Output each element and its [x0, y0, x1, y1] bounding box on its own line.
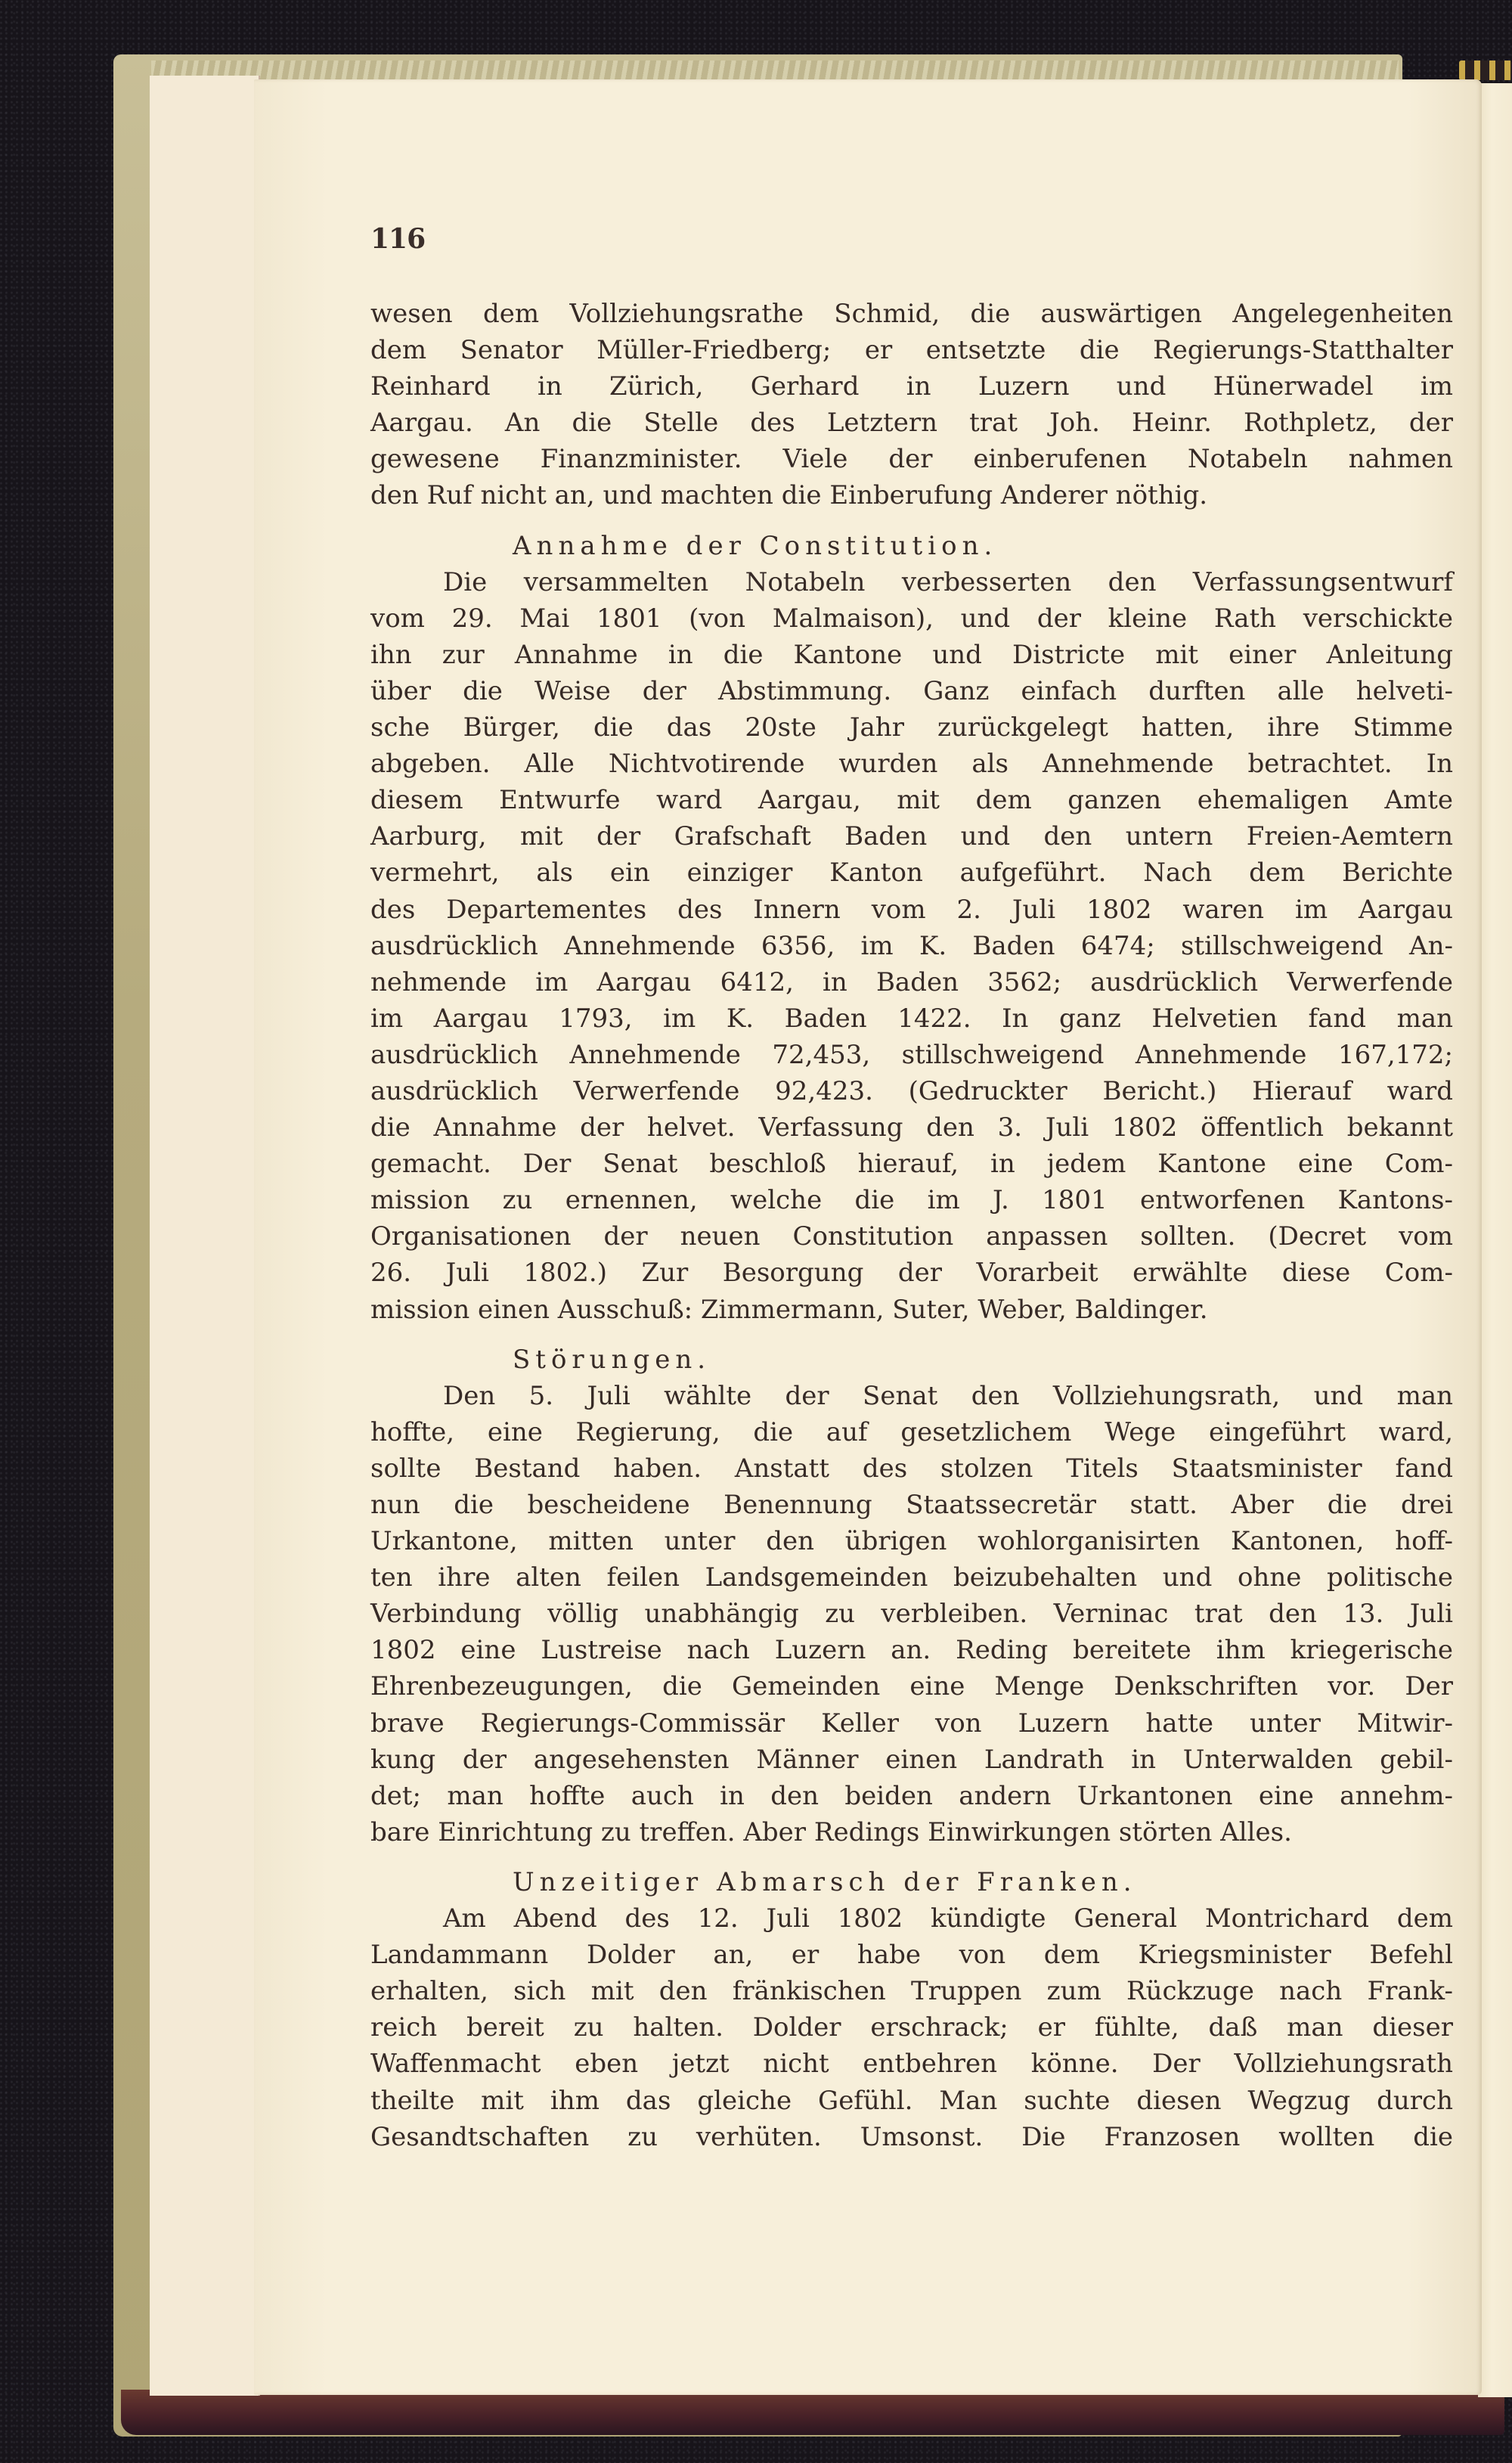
text-line: Aarburg, mit der Grafschaft Baden und de… [370, 818, 1453, 855]
text-line: mission zu ernennen, welche die im J. 18… [370, 1182, 1453, 1218]
text-line: mission einen Ausschuß: Zimmermann, Sute… [370, 1292, 1453, 1328]
text-line: sche Bürger, die das 20ste Jahr zurückge… [370, 709, 1453, 746]
text-line: 26. Juli 1802.) Zur Besorgung der Vorarb… [370, 1255, 1453, 1291]
paragraph: Den 5. Juli wählte der Senat den Vollzie… [370, 1378, 1453, 1850]
text-line: vermehrt, als ein einziger Kanton aufgef… [370, 855, 1453, 891]
text-line: Aargau. An die Stelle des Letztern trat … [370, 405, 1453, 441]
text-line: ausdrücklich Annehmende 6356, im K. Bade… [370, 928, 1453, 964]
section-heading: Störungen. [370, 1342, 1453, 1378]
text-line: diesem Entwurfe ward Aargau, mit dem gan… [370, 782, 1453, 818]
text-line: Verbindung völlig unabhängig zu verbleib… [370, 1596, 1453, 1632]
text-line: Gesandtschaften zu verhüten. Umsonst. Di… [370, 2119, 1453, 2155]
section-heading: Annahme der Constitution. [370, 528, 1453, 564]
text-line: dem Senator Müller-Friedberg; er entsetz… [370, 332, 1453, 368]
text-line: reich bereit zu halten. Dolder erschrack… [370, 2009, 1453, 2046]
text-line: Ehrenbezeugungen, die Gemeinden eine Men… [370, 1668, 1453, 1705]
text-line: hoffte, eine Regierung, die auf gesetzli… [370, 1414, 1453, 1450]
text-line: Am Abend des 12. Juli 1802 kündigte Gene… [370, 1900, 1453, 1937]
text-line: nehmende im Aargau 6412, in Baden 3562; … [370, 964, 1453, 1000]
text-line: theilte mit ihm das gleiche Gefühl. Man … [370, 2083, 1453, 2119]
text-line: des Departementes des Innern vom 2. Juli… [370, 892, 1453, 928]
text-line: abgeben. Alle Nichtvotirende wurden als … [370, 746, 1453, 782]
text-line: ausdrücklich Verwerfende 92,423. (Gedruc… [370, 1073, 1453, 1109]
text-line: ausdrücklich Annehmende 72,453, stillsch… [370, 1037, 1453, 1073]
text-line: die Annahme der helvet. Verfassung den 3… [370, 1109, 1453, 1146]
text-line: Die versammelten Notabeln verbesserten d… [370, 564, 1453, 600]
text-line: bare Einrichtung zu treffen. Aber Reding… [370, 1814, 1453, 1850]
page-number: 116 [370, 223, 425, 255]
text-line: ihn zur Annahme in die Kantone und Distr… [370, 637, 1453, 673]
text-line: wesen dem Vollziehungsrathe Schmid, die … [370, 296, 1453, 332]
text-line: 1802 eine Lustreise nach Luzern an. Redi… [370, 1632, 1453, 1668]
text-line: im Aargau 1793, im K. Baden 1422. In gan… [370, 1000, 1453, 1037]
text-line: den Ruf nicht an, und machten die Einber… [370, 477, 1453, 513]
paragraph: Am Abend des 12. Juli 1802 kündigte Gene… [370, 1900, 1453, 2155]
book-bottom-edge [121, 2390, 1504, 2435]
text-line: über die Weise der Abstimmung. Ganz einf… [370, 673, 1453, 709]
text-line: Den 5. Juli wählte der Senat den Vollzie… [370, 1378, 1453, 1414]
text-line: brave Regierungs-Commissär Keller von Lu… [370, 1705, 1453, 1742]
gilt-spine-decoration [1459, 60, 1512, 80]
text-line: kung der angesehensten Männer einen Land… [370, 1742, 1453, 1778]
page-text: wesen dem Vollziehungsrathe Schmid, die … [370, 296, 1453, 2155]
text-line: det; man hoffte auch in den beiden ander… [370, 1778, 1453, 1814]
text-line: erhalten, sich mit den fränkischen Trupp… [370, 1973, 1453, 2009]
text-line: Reinhard in Zürich, Gerhard in Luzern un… [370, 368, 1453, 405]
text-line: Organisationen der neuen Constitution an… [370, 1218, 1453, 1255]
book-page: 116 wesen dem Vollziehungsrathe Schmid, … [254, 79, 1482, 2395]
text-line: gemacht. Der Senat beschloß hierauf, in … [370, 1146, 1453, 1182]
facing-page-edge [1478, 83, 1512, 2397]
paragraph: wesen dem Vollziehungsrathe Schmid, die … [370, 296, 1453, 514]
text-line: sollte Bestand haben. Anstatt des stolze… [370, 1450, 1453, 1487]
text-line: Waffenmacht eben jetzt nicht entbehren k… [370, 2046, 1453, 2082]
text-line: vom 29. Mai 1801 (von Malmaison), und de… [370, 600, 1453, 637]
text-line: ten ihre alten feilen Landsgemeinden bei… [370, 1559, 1453, 1596]
text-line: nun die bescheidene Benennung Staatssecr… [370, 1487, 1453, 1523]
text-line: Landammann Dolder an, er habe von dem Kr… [370, 1937, 1453, 1973]
text-line: gewesene Finanzminister. Viele der einbe… [370, 441, 1453, 477]
text-line: Urkantone, mitten unter den übrigen wohl… [370, 1523, 1453, 1559]
paragraph: Die versammelten Notabeln verbesserten d… [370, 564, 1453, 1328]
section-heading: Unzeitiger Abmarsch der Franken. [370, 1864, 1453, 1900]
